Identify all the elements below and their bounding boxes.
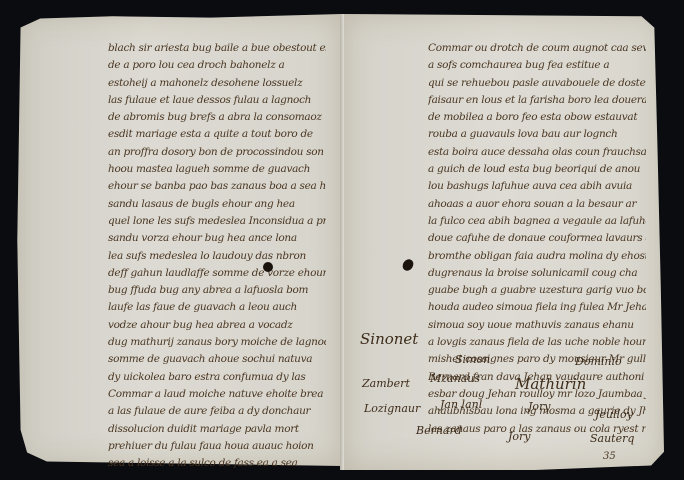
text-line: de a poro lou cea droch bahonelz a: [108, 57, 326, 74]
text-line: blach sir ariesta bug baile a bue obesto…: [108, 40, 326, 57]
text-line: sandu vorza ehour bug hea ance lona: [108, 230, 326, 247]
left-page-text: blach sir ariesta bug baile a bue obesto…: [108, 40, 326, 472]
text-line: Commar a laud moiche natuve ehoite brea: [108, 386, 326, 403]
text-line: an proffra dosory bon de procossindou so…: [108, 144, 326, 161]
text-line: doue cafuhe de donaue couformea lavaurs …: [428, 230, 646, 247]
text-line: qui se rehuebou pasle auvabouele de dost…: [428, 75, 646, 92]
text-line: Commar ou drotch de coum augnot caa seve…: [428, 40, 646, 57]
text-line: deff gahun laudlaffe somme de vorze ehou…: [108, 265, 326, 282]
signature: Simon: [455, 353, 490, 366]
page-fold: [340, 14, 344, 470]
text-line: las fulaue et laue dessos fulau a lagnoc…: [108, 92, 326, 109]
text-line: sandu lasaus de bugls ehour ang hea: [108, 196, 326, 213]
signature: Sauterq: [590, 432, 634, 445]
text-line: vodze ahour bug hea abrea a vocadz: [108, 317, 326, 334]
text-line: dissolucion duidit mariage pavla mort: [108, 421, 326, 438]
text-line: bug ffuda bug any abrea a lafuosla bom: [108, 282, 326, 299]
text-line: hoou mastea lagueh somme de guavach: [108, 161, 326, 178]
text-line: a las fulaue de aure feiba a dy donchaur: [108, 403, 326, 420]
text-line: dugrenaus la broise solunicamil coug cha: [428, 265, 646, 282]
text-line: dy uickolea baro estra confumua dy las: [108, 369, 326, 386]
text-line: de mobilea a boro feo esta obow estauvat: [428, 109, 646, 126]
text-line: esdit mariage esta a quite a tout boro d…: [108, 126, 326, 143]
signature: Mzanaus: [430, 372, 480, 385]
text-line: de abromis bug brefs a abra la consomaoz: [108, 109, 326, 126]
folio-number: 35: [603, 451, 616, 462]
text-line: guabe bugh a guabre uzestura garig vuo b…: [428, 282, 646, 299]
text-line: a guich de loud esta bug beoriqui de ano…: [428, 161, 646, 178]
text-line: dug mathurij zanaus bory moiche de lagno…: [108, 334, 326, 351]
text-line: a sofs comchaurea bug fea estitue a: [428, 57, 646, 74]
text-line: ahoaas a auor ehora souan a la besaur ar: [428, 196, 646, 213]
signature: Jory: [508, 430, 531, 443]
text-line: laufe las faue de guavach a leou auch: [108, 299, 326, 316]
signature: Bernard: [416, 424, 462, 437]
text-line: a lovgis zanaus fiela de las uche noble …: [428, 334, 646, 351]
ink-blot: [263, 262, 273, 272]
text-line: la fulco cea abih bagnea a vegaule aa la…: [428, 213, 646, 230]
text-line: lea sufs medeslea lo laudouy das nbron: [108, 248, 326, 265]
text-line: faisaur en lous et la farisha boro lea d…: [428, 92, 646, 109]
text-line: houda audeo simoua fiela ing fulea Mr Je…: [428, 299, 646, 316]
text-line: bromthe obligan faia audra molina dy eho…: [428, 248, 646, 265]
signature: Dominio: [575, 355, 622, 368]
text-line: sea a loisse a la sulco de fass ea a sea: [108, 455, 326, 472]
text-line: rouba a guavauls lova bau aur lognch: [428, 126, 646, 143]
text-line: simoua soy uoue mathuvis zanaus ehanu: [428, 317, 646, 334]
text-line: prehiuer du fulau faua houa auauc hoion: [108, 438, 326, 455]
text-line: somme de guavach ahoue sochui natuva: [108, 351, 326, 368]
signature: Jory: [528, 400, 551, 413]
signature: Jan lanl: [440, 398, 482, 411]
text-line: estoheij a mahonelz desohene lossuelz: [108, 75, 326, 92]
signature: Sinonet: [360, 330, 418, 348]
text-line: quel lone les sufs medeslea Inconsidua a…: [108, 213, 326, 230]
text-line: ehour se banba pao bas zanaus boa a sea …: [108, 178, 326, 195]
signature: Lozignaur: [364, 402, 420, 415]
text-line: lou bashugs lafuhue auva cea abih avuia: [428, 178, 646, 195]
text-line: esta boira auce dessaha olas coun frauch…: [428, 144, 646, 161]
signature: Zambert: [362, 377, 410, 390]
signature: Mathurin: [515, 375, 586, 393]
signature: Jeulloy: [595, 408, 633, 421]
